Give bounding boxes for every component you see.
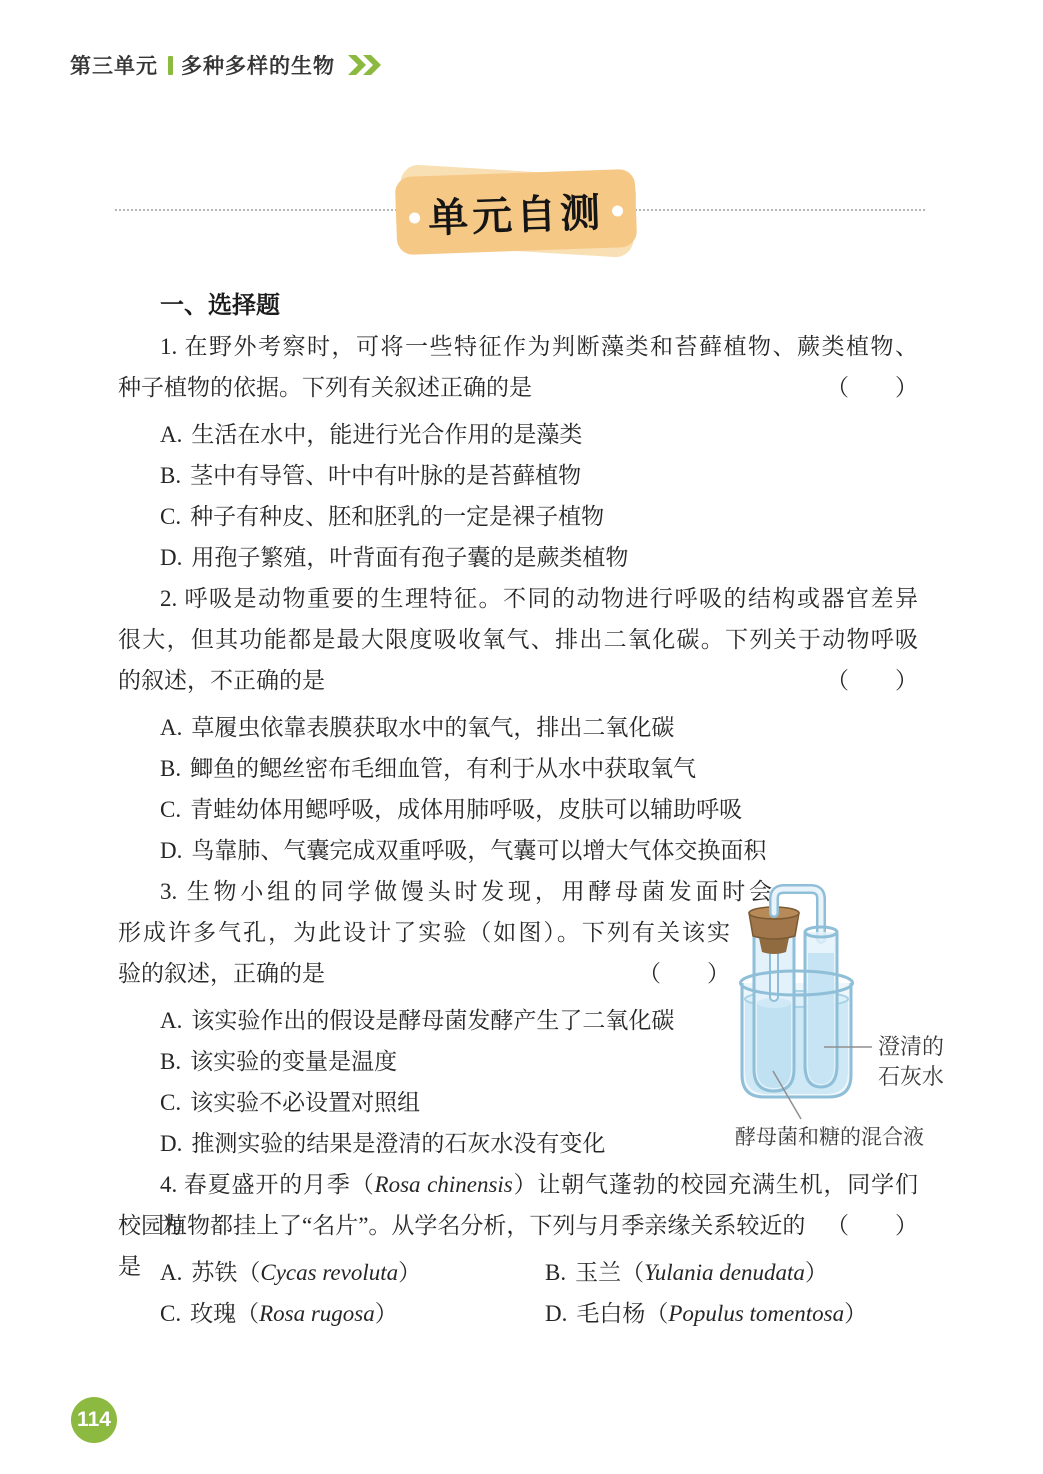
option-label: A.: [160, 422, 182, 447]
option-c: C.青蛙幼体用鳃呼吸，成体用肺呼吸，皮肤可以辅助呼吸: [118, 789, 918, 830]
question-text: 4. 春夏盛开的月季（: [160, 1172, 375, 1197]
question-text: 验的叙述，正确的是: [118, 953, 325, 994]
option-text: ）: [844, 1301, 867, 1326]
page-header: 第三单元 多种多样的生物: [70, 50, 385, 80]
option-text: 毛白杨（: [576, 1301, 668, 1326]
latin-name: Cycas revoluta: [260, 1260, 398, 1285]
options-q2: A.草履虫依靠表膜获取水中的氧气，排出二氧化碳 B.鲫鱼的鳃丝密布毛细血管，有利…: [118, 707, 918, 871]
option-c: C.种子有种皮、胚和胚乳的一定是裸子植物: [118, 496, 918, 537]
option-label: B.: [160, 1049, 181, 1074]
option-d: D.鸟靠肺、气囊完成双重呼吸，气囊可以增大气体交换面积: [118, 830, 918, 871]
options-row: C.玫瑰（Rosa rugosa） D.毛白杨（Populus tomentos…: [118, 1293, 918, 1334]
question-text-line: 4. 春夏盛开的月季（Rosa chinensis）让朝气蓬勃的校园充满生机，同…: [118, 1164, 918, 1205]
answer-bracket: （ ）: [826, 660, 918, 701]
option-text: 种子有种皮、胚和胚乳的一定是裸子植物: [190, 504, 604, 529]
option-label: A.: [160, 1008, 182, 1033]
option-text: 苏铁（: [191, 1260, 260, 1285]
option-text: ）: [805, 1260, 828, 1285]
question-text-line: 2. 呼吸是动物重要的生理特征。不同的动物进行呼吸的结构或器官差异: [118, 578, 918, 619]
page-number-badge: 114: [71, 1397, 117, 1443]
label-lime-line2: 石灰水: [878, 1064, 943, 1089]
question-2: 2. 呼吸是动物重要的生理特征。不同的动物进行呼吸的结构或器官差异 很大，但其功…: [118, 578, 918, 871]
question-text-line: 的叙述，不正确的是 （ ）: [118, 660, 918, 701]
unit-test-badge: 单元自测: [395, 169, 638, 255]
option-a: A.草履虫依靠表膜获取水中的氧气，排出二氧化碳: [118, 707, 918, 748]
label-mixture: 酵母菌和糖的混合液: [735, 1125, 924, 1149]
option-text: 玫瑰（: [190, 1301, 259, 1326]
option-label: C.: [160, 1301, 181, 1326]
badge-title: 单元自测: [427, 180, 605, 243]
question-text: 校园植物都挂上了“名片”。从学名分析，下列与月季亲缘关系较近的是: [118, 1205, 826, 1246]
option-text: 茎中有导管、叶中有叶脉的是苔藓植物: [190, 463, 581, 488]
yeast-tube-liquid: [757, 1003, 791, 1088]
option-text: 青蛙幼体用鳃呼吸，成体用肺呼吸，皮肤可以辅助呼吸: [190, 797, 742, 822]
answer-bracket: （ ）: [826, 1205, 918, 1246]
option-label: B.: [160, 463, 181, 488]
options-q1: A.生活在水中，能进行光合作用的是藻类 B.茎中有导管、叶中有叶脉的是苔藓植物 …: [118, 414, 918, 578]
badge-dot-right: [612, 205, 623, 216]
option-d: D.用孢子繁殖，叶背面有孢子囊的是蕨类植物: [118, 537, 918, 578]
option-label: B.: [545, 1260, 566, 1285]
option-label: D.: [160, 545, 182, 570]
option-label: D.: [160, 838, 182, 863]
question-1: 1. 在野外考察时，可将一些特征作为判断藻类和苔藓植物、蕨类植物、 种子植物的依…: [118, 326, 918, 578]
option-label: A.: [160, 715, 182, 740]
option-text: 该实验的变量是温度: [190, 1049, 397, 1074]
option-label: C.: [160, 504, 181, 529]
option-a: A.生活在水中，能进行光合作用的是藻类: [118, 414, 918, 455]
option-label: D.: [545, 1301, 567, 1326]
answer-bracket: （ ）: [826, 367, 918, 408]
option-text: 草履虫依靠表膜获取水中的氧气，排出二氧化碳: [191, 715, 674, 740]
option-text: 该实验不必设置对照组: [190, 1090, 420, 1115]
options-row: A.苏铁（Cycas revoluta） B.玉兰（Yulania denuda…: [118, 1252, 918, 1293]
unit-label: 第三单元: [70, 50, 158, 80]
section-title: 一、选择题: [118, 285, 918, 326]
double-chevron-icon: [347, 54, 385, 76]
option-label: B.: [160, 756, 181, 781]
option-b: B.玉兰（Yulania denudata）: [545, 1252, 828, 1293]
option-b: B.鲫鱼的鳃丝密布毛细血管，有利于从水中获取氧气: [118, 748, 918, 789]
latin-name: Yulania denudata: [644, 1260, 805, 1285]
latin-name: Populus tomentosa: [668, 1301, 844, 1326]
option-text: 该实验作出的假设是酵母菌发酵产生了二氧化碳: [191, 1008, 674, 1033]
option-text: 用孢子繁殖，叶背面有孢子囊的是蕨类植物: [191, 545, 628, 570]
question-text: 种子植物的依据。下列有关叙述正确的是: [118, 367, 532, 408]
badge-dot-left: [409, 212, 420, 223]
option-label: C.: [160, 797, 181, 822]
option-d: D.毛白杨（Populus tomentosa）: [545, 1293, 867, 1334]
option-a: A.苏铁（Cycas revoluta）: [160, 1252, 545, 1293]
option-text: 生活在水中，能进行光合作用的是藻类: [191, 422, 582, 447]
option-b: B.茎中有导管、叶中有叶脉的是苔藓植物: [118, 455, 918, 496]
options-q4: A.苏铁（Cycas revoluta） B.玉兰（Yulania denuda…: [118, 1252, 918, 1334]
option-text: ）: [398, 1260, 421, 1285]
option-text: 玉兰（: [575, 1260, 644, 1285]
option-text: 鸟靠肺、气囊完成双重呼吸，气囊可以增大气体交换面积: [191, 838, 766, 863]
question-text-line: 很大，但其功能都是最大限度吸收氧气、排出二氧化碳。下列关于动物呼吸: [118, 619, 918, 660]
content: 一、选择题 1. 在野外考察时，可将一些特征作为判断藻类和苔藓植物、蕨类植物、 …: [118, 285, 918, 1334]
option-text: 鲫鱼的鳃丝密布毛细血管，有利于从水中获取氧气: [190, 756, 696, 781]
option-c: C.玫瑰（Rosa rugosa）: [160, 1293, 545, 1334]
question-4: 4. 春夏盛开的月季（Rosa chinensis）让朝气蓬勃的校园充满生机，同…: [118, 1164, 918, 1334]
label-lime-line1: 澄清的: [878, 1034, 943, 1059]
page-number: 114: [77, 1408, 111, 1432]
latin-name: Rosa chinensis: [375, 1172, 513, 1197]
question-text: 的叙述，不正确的是: [118, 660, 325, 701]
question-3: 3. 生物小组的同学做馒头时发现，用酵母菌发面时会 形成许多气孔，为此设计了实验…: [118, 871, 918, 1164]
question-text-line: 1. 在野外考察时，可将一些特征作为判断藻类和苔藓植物、蕨类植物、: [118, 326, 918, 367]
question-text-line: 种子植物的依据。下列有关叙述正确的是 （ ）: [118, 367, 918, 408]
option-label: D.: [160, 1131, 182, 1156]
option-text: 推测实验的结果是澄清的石灰水没有变化: [191, 1131, 605, 1156]
divider-bar: [168, 56, 173, 75]
option-label: A.: [160, 1260, 182, 1285]
section-badge-area: 单元自测: [0, 165, 1043, 261]
latin-name: Rosa rugosa: [259, 1301, 375, 1326]
option-text: ）: [375, 1301, 398, 1326]
experiment-figure: 澄清的 石灰水 酵母菌和糖的混合液: [638, 875, 943, 1160]
unit-title: 多种多样的生物: [181, 50, 335, 80]
question-text-line: 校园植物都挂上了“名片”。从学名分析，下列与月季亲缘关系较近的是 （ ）: [118, 1205, 918, 1246]
option-label: C.: [160, 1090, 181, 1115]
